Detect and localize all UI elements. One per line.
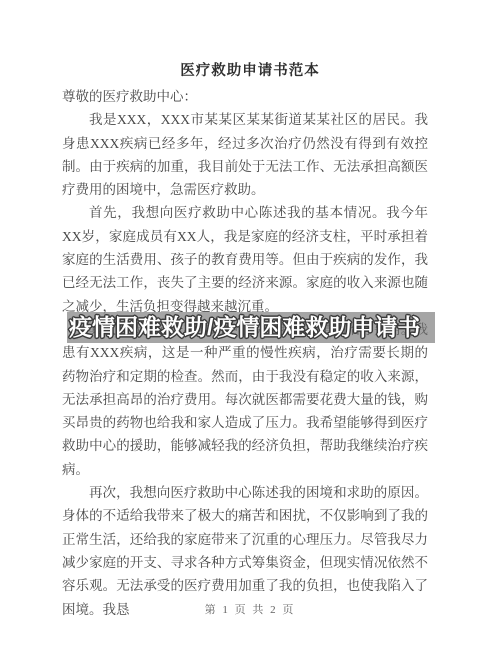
paragraph-2: 首先，我想向医疗救助中心陈述我的基本情况。我今年XX岁，家庭成员有XX人，我是家… xyxy=(62,201,428,317)
document-title: 医疗救助申请书范本 xyxy=(0,59,500,80)
watermark-banner: 疫情困难救助/疫情困难救助申请书 xyxy=(67,312,435,343)
paragraph-1: 我是XXX，XXX市某某区某某街道某某社区的居民。我身患XXX疾病已经多年，经过… xyxy=(62,108,428,201)
document-page: 医疗救助申请书范本 尊敬的医疗救助中心： 我是XXX，XXX市某某区某某街道某某… xyxy=(0,0,500,647)
salutation: 尊敬的医疗救助中心： xyxy=(62,85,428,108)
watermark-banner-text: 疫情困难救助/疫情困难救助申请书 xyxy=(67,316,420,339)
page-number-footer: 第 1 页 共 2 页 xyxy=(0,601,500,617)
document-body: 尊敬的医疗救助中心： 我是XXX，XXX市某某区某某街道某某社区的居民。我身患X… xyxy=(62,85,428,621)
paragraph-4: 再次，我想向医疗救助中心陈述我的困境和求助的原因。身体的不适给我带来了极大的痛苦… xyxy=(62,481,428,621)
